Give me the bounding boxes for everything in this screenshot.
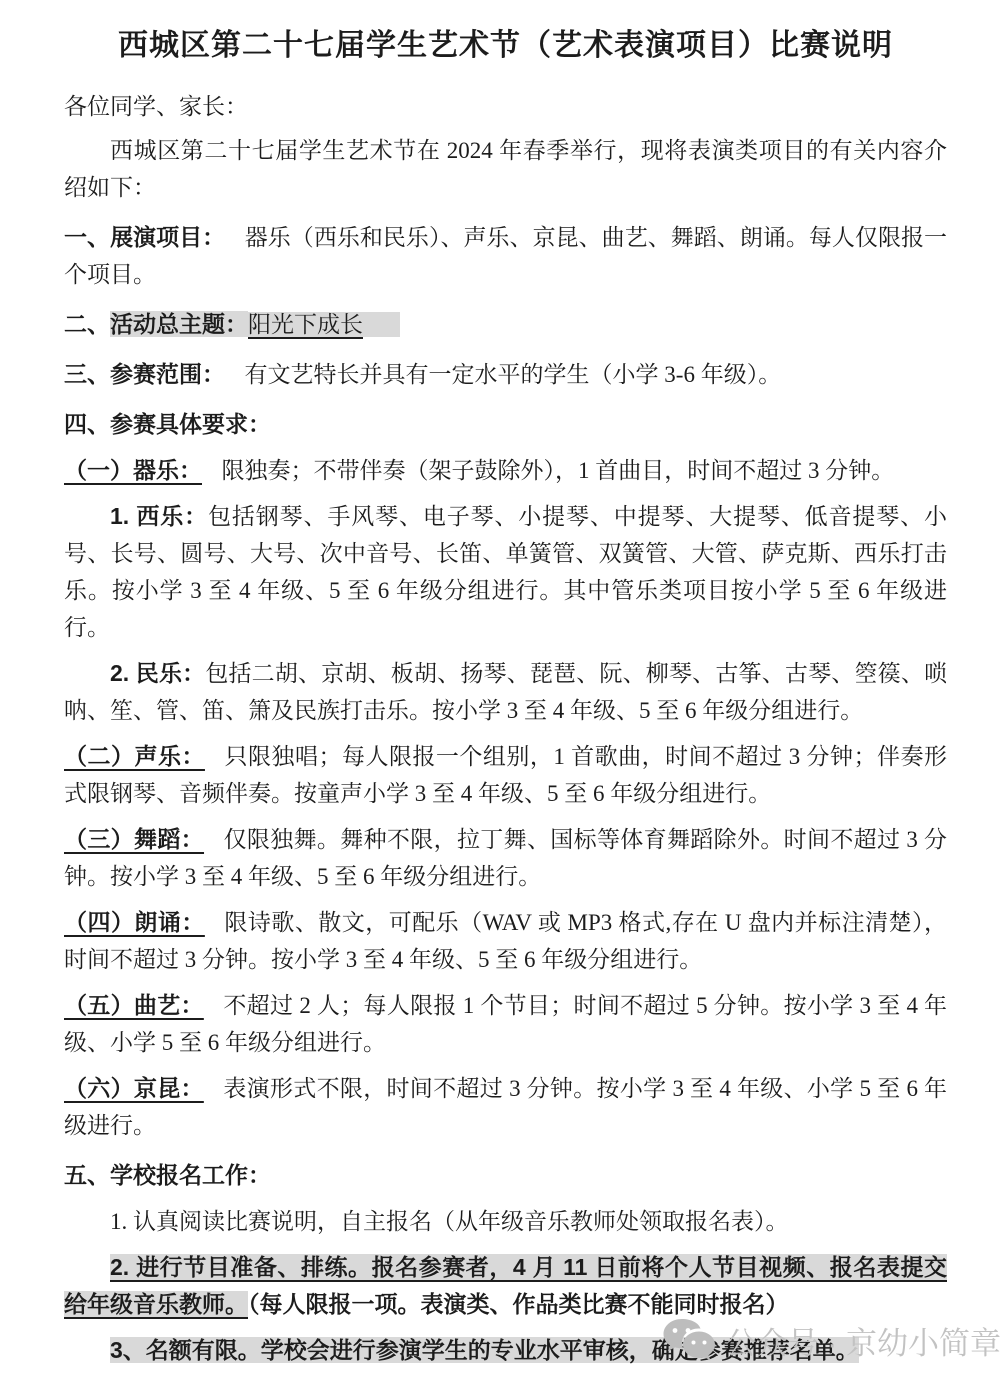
- intro-paragraph: 西城区第二十七届学生艺术节在 2024 年春季举行，现将表演类项目的有关内容介绍…: [64, 132, 947, 206]
- section-4-number: 四、: [64, 411, 110, 437]
- requirement-item-jingkun-label: （六）京昆：: [64, 1075, 204, 1101]
- subitem-western-music: 1. 西乐：包括钢琴、手风琴、电子琴、小提琴、中提琴、大提琴、低音提琴、小号、长…: [64, 498, 947, 646]
- requirement-item-vocal-label: （二）声乐：: [64, 743, 205, 769]
- section-1-exhibition-items: 一、展演项目：器乐（西乐和民乐）、声乐、京昆、曲艺、舞蹈、朗诵。每人仅限报一个项…: [64, 219, 947, 293]
- section-3-number: 三、: [64, 361, 110, 387]
- subitem-western-music-label: 1. 西乐：: [110, 503, 208, 529]
- requirement-item-recitation: （四）朗诵：限诗歌、散文，可配乐（WAV 或 MP3 格式,存在 U 盘内并标注…: [64, 904, 947, 978]
- document-title: 西城区第二十七届学生艺术节（艺术表演项目）比赛说明: [64, 24, 947, 68]
- requirement-item-vocal: （二）声乐：只限独唱；每人限报一个组别，1 首歌曲，时间不超过 3 分钟；伴奏形…: [64, 738, 947, 812]
- greeting-line: 各位同学、家长：: [64, 88, 947, 125]
- wechat-icon: [661, 1316, 717, 1364]
- watermark-text: 公众号 · 京幼小简章: [725, 1318, 1001, 1363]
- section-5-number: 五、: [64, 1162, 110, 1188]
- requirement-item-instrumental-label: （一）器乐：: [64, 457, 202, 483]
- registration-step-1: 1. 认真阅读比赛说明，自主报名（从年级音乐教师处领取报名表）。: [64, 1203, 947, 1240]
- section-1-number: 一、: [64, 224, 110, 250]
- subitem-folk-music: 2. 民乐：包括二胡、京胡、板胡、扬琴、琵琶、阮、柳琴、古筝、古琴、箜篌、唢呐、…: [64, 655, 947, 729]
- section-5-label: 学校报名工作：: [110, 1162, 271, 1188]
- watermark: 公众号 · 京幼小简章: [661, 1316, 1001, 1364]
- requirement-item-quyi: （五）曲艺：不超过 2 人；每人限报 1 个节目；时间不超过 5 分钟。按小学 …: [64, 987, 947, 1061]
- subitem-folk-music-label: 2. 民乐：: [110, 660, 205, 686]
- section-2-theme-text: 阳光下成长: [248, 312, 400, 337]
- requirement-item-jingkun: （六）京昆：表演形式不限，时间不超过 3 分钟。按小学 3 至 4 年级、小学 …: [64, 1070, 947, 1144]
- section-3-scope: 三、参赛范围：有文艺特长并具有一定水平的学生（小学 3-6 年级）。: [64, 356, 947, 393]
- section-3-label: 参赛范围：: [110, 361, 225, 387]
- requirement-item-instrumental-body: 限独奏；不带伴奏（架子鼓除外），1 首曲目，时间不超过 3 分钟。: [202, 458, 894, 483]
- section-4-requirements-header: 四、参赛具体要求：: [64, 406, 947, 443]
- section-4-label: 参赛具体要求：: [110, 411, 271, 437]
- section-5-registration-header: 五、学校报名工作：: [64, 1157, 947, 1194]
- requirement-item-instrumental: （一）器乐：限独奏；不带伴奏（架子鼓除外），1 首曲目，时间不超过 3 分钟。: [64, 452, 947, 489]
- section-2-theme: 二、活动总主题：阳光下成长: [64, 306, 947, 343]
- section-2-label: 活动总主题：: [110, 311, 248, 337]
- requirement-item-dance-label: （三）舞蹈：: [64, 826, 204, 852]
- requirement-item-dance: （三）舞蹈：仅限独舞。舞种不限，拉丁舞、国标等体育舞蹈除外。时间不超过 3 分钟…: [64, 821, 947, 895]
- document-page: 西城区第二十七届学生艺术节（艺术表演项目）比赛说明 各位同学、家长： 西城区第二…: [0, 0, 1005, 1369]
- section-1-label: 展演项目：: [110, 224, 225, 250]
- registration-step-2-note: （每人限报一项。表演类、作品类比赛不能同时报名）: [248, 1291, 789, 1317]
- section-3-body: 有文艺特长并具有一定水平的学生（小学 3-6 年级）。: [225, 362, 781, 387]
- requirement-item-quyi-label: （五）曲艺：: [64, 992, 204, 1018]
- registration-step-2: 2. 进行节目准备、排练。报名参赛者，4 月 11 日前将个人节目视频、报名表提…: [64, 1249, 947, 1323]
- requirement-item-recitation-label: （四）朗诵：: [64, 909, 205, 935]
- section-2-number: 二、: [64, 311, 110, 337]
